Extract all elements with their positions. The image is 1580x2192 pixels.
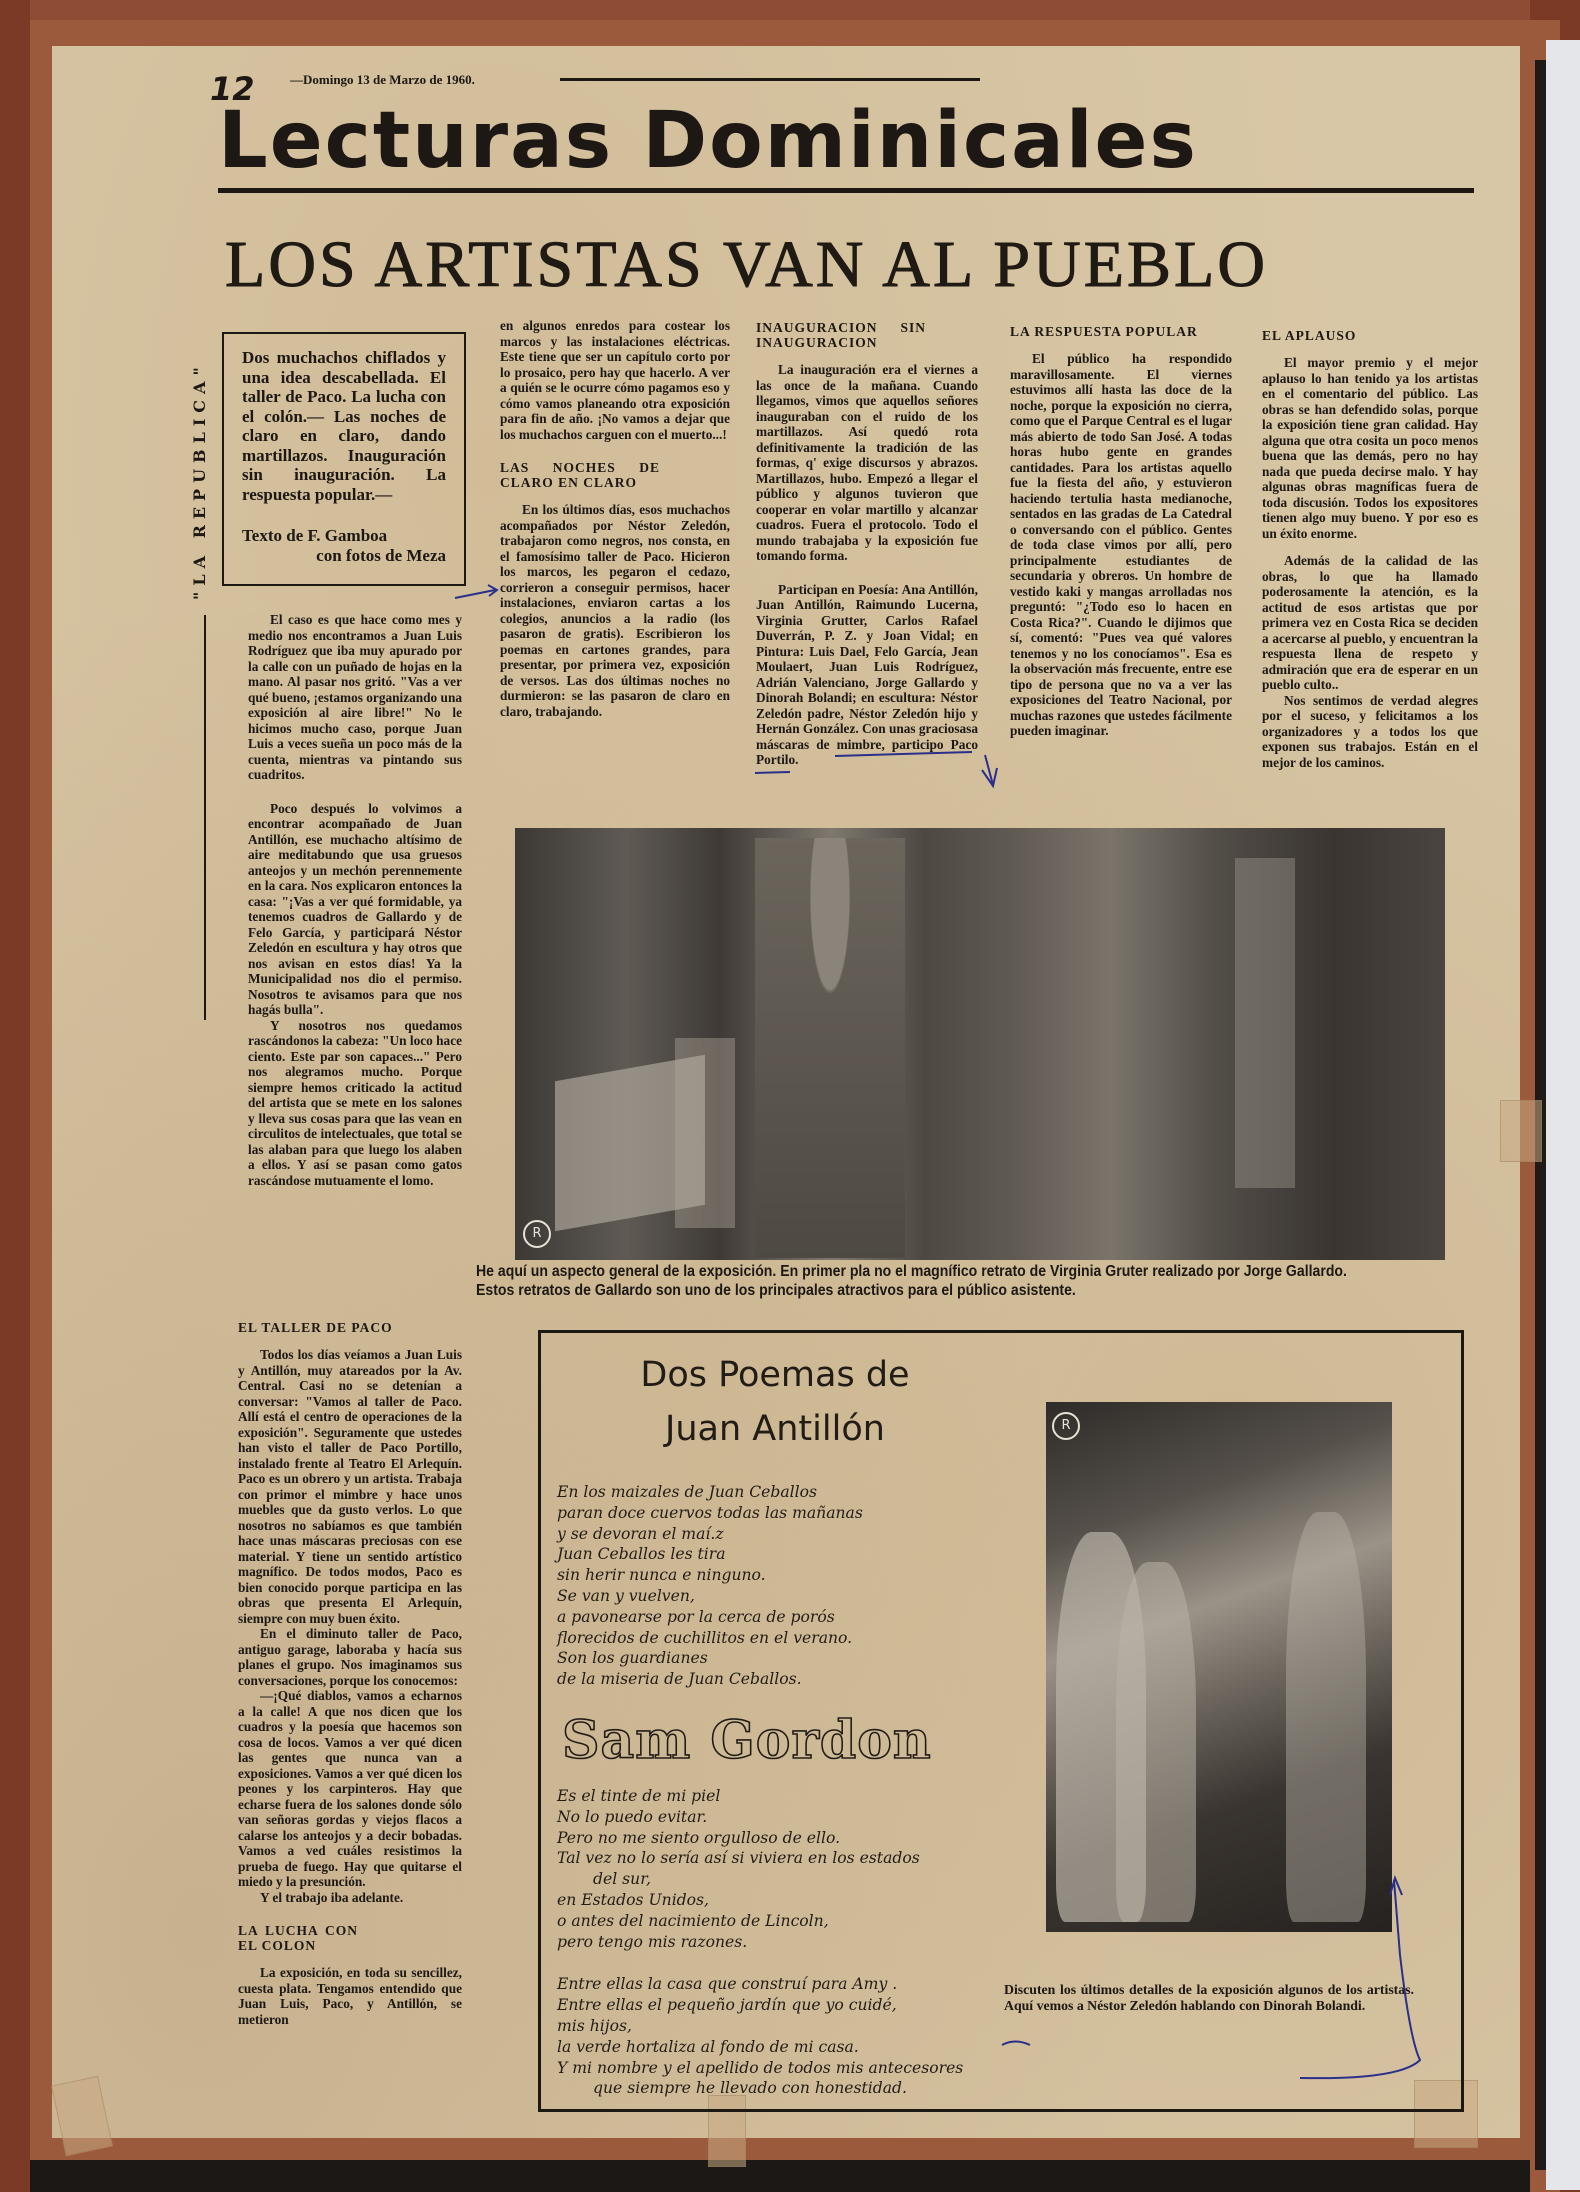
pen-annotations: [0, 0, 1580, 2192]
arrow-annotation-icon: [455, 590, 495, 598]
